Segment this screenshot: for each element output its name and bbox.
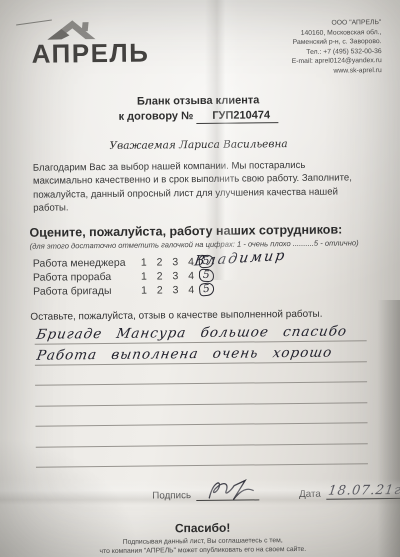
selected-rating-circle: 5 <box>199 269 214 282</box>
signature-row: Подпись Дата 18.07.21г. <box>152 478 400 502</box>
footer-note: Подписывая данный лист, Вы соглашаетесь … <box>3 535 400 557</box>
rating-scale: 1 2 3 4 <box>141 270 195 283</box>
review-lines-area: Бригаде Мансура большое спасибо Работа в… <box>34 321 367 468</box>
logo-text: АПРЕЛЬ <box>32 41 150 66</box>
handwritten-review-line-1: Бригаде Мансура большое спасибо <box>35 324 348 343</box>
date-label: Дата <box>299 489 321 500</box>
contract-prefix: к договору № <box>118 110 193 123</box>
company-logo: АПРЕЛЬ <box>31 15 149 66</box>
footer: Спасибо! Подписывая данный лист, Вы согл… <box>3 519 400 557</box>
signature-label: Подпись <box>152 490 191 501</box>
rating-label: Работа прораба <box>33 270 141 283</box>
paper-document: АПРЕЛЬ ООО "АПРЕЛЬ" 140160, Московская о… <box>0 0 400 557</box>
company-info: ООО "АПРЕЛЬ" 140160, Московская обл., Ра… <box>291 18 382 77</box>
letterhead: АПРЕЛЬ ООО "АПРЕЛЬ" 140160, Московская о… <box>0 0 398 80</box>
selected-rating-circle: 5 <box>199 282 215 296</box>
rate-heading: Оцените, пожалуйста, работу наших сотруд… <box>29 221 399 239</box>
handwritten-name: Владимир <box>193 247 287 269</box>
date-field: 18.07.21г. <box>326 478 400 500</box>
intro-paragraph: Благодарим Вас за выбор нашей компании. … <box>33 158 368 215</box>
footer-title: Спасибо! <box>3 519 400 537</box>
rating-scale: 1 2 3 4 <box>141 284 195 297</box>
rating-row-crew: Работа бригады 1 2 3 4 5 <box>33 280 400 298</box>
form-title-block: Бланк отзыва клиента к договору № ГУП210… <box>0 91 398 124</box>
contract-line: к договору № ГУП210474 <box>0 106 398 124</box>
ratings-list: Работа менеджера 1 2 3 4 5 Владимир Рабо… <box>33 252 400 298</box>
company-site: www.sk-aprel.ru <box>292 66 382 77</box>
company-name: ООО "АПРЕЛЬ" <box>291 18 381 29</box>
handwritten-date: 18.07.21г. <box>327 483 400 499</box>
rating-label: Работа менеджера <box>33 256 141 269</box>
rate-note: (для этого достаточно отметить галочкой … <box>30 237 400 250</box>
signature-scribble-icon <box>204 477 256 502</box>
rating-scale: 1 2 3 4 <box>141 256 195 269</box>
ruled-line <box>36 444 368 468</box>
handwritten-review-line-2: Работа выполнена очень хорошо <box>35 344 333 363</box>
rating-label: Работа бригады <box>33 284 141 297</box>
contract-number: ГУП210474 <box>196 109 278 124</box>
signature-field <box>196 479 259 501</box>
photographed-feedback-form: АПРЕЛЬ ООО "АПРЕЛЬ" 140160, Московская о… <box>0 0 400 557</box>
salutation: Уважаемая Лариса Васильевна <box>0 136 399 152</box>
